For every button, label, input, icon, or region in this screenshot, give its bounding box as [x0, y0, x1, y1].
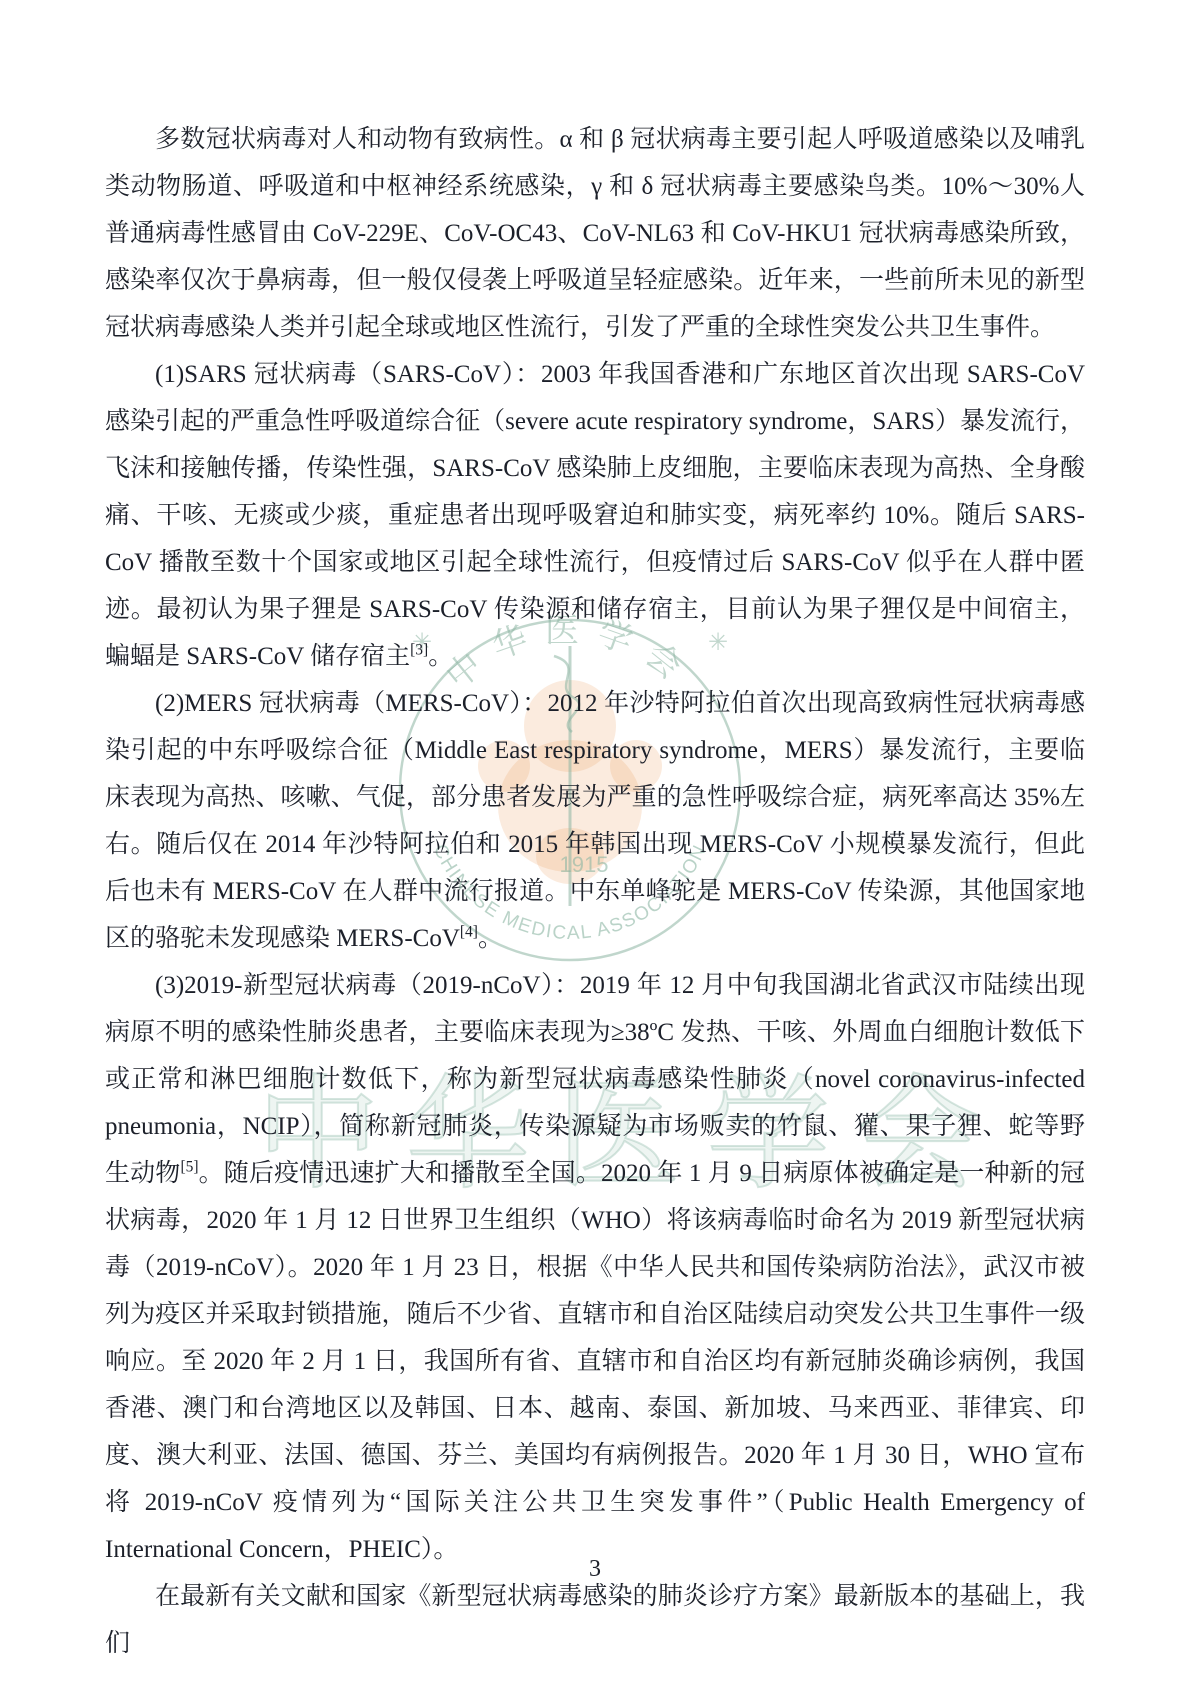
paragraph-mers: (2)MERS 冠状病毒（MERS-CoV）：2012 年沙特阿拉伯首次出现高致… [105, 680, 1085, 962]
document-page: ✳ ✳ 中华医学会 CHINESE MEDICAL ASSOCIATION 19… [0, 0, 1190, 1683]
paragraph-closing: 在最新有关文献和国家《新型冠状病毒感染的肺炎诊疗方案》最新版本的基础上，我们 [105, 1573, 1085, 1667]
page-content: 多数冠状病毒对人和动物有致病性。α 和 β 冠状病毒主要引起人呼吸道感染以及哺乳… [105, 116, 1085, 1667]
paragraph-2019-ncov: (3)2019-新型冠状病毒（2019-nCoV）：2019 年 12 月中旬我… [105, 962, 1085, 1573]
page-number: 3 [0, 1556, 1190, 1583]
paragraph-coronavirus-overview: 多数冠状病毒对人和动物有致病性。α 和 β 冠状病毒主要引起人呼吸道感染以及哺乳… [105, 116, 1085, 351]
paragraph-sars: (1)SARS 冠状病毒（SARS-CoV）：2003 年我国香港和广东地区首次… [105, 351, 1085, 680]
